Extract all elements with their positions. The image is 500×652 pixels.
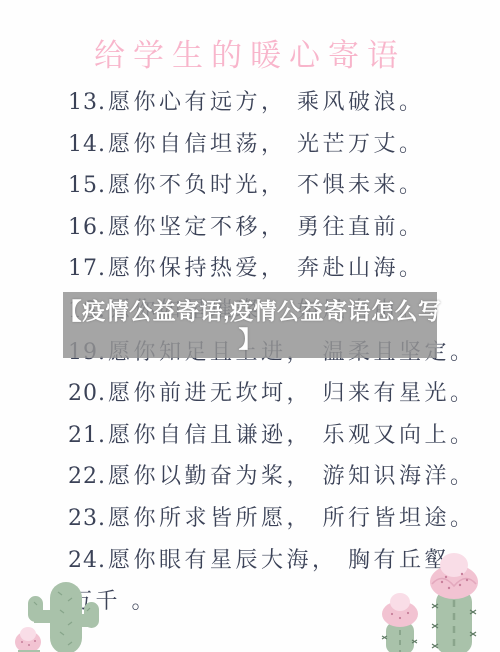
message-number: 17. <box>68 256 106 281</box>
overlay-caption-bracket: 】 <box>239 326 262 352</box>
message-text: 愿你自信坦荡， 光芒万丈。 <box>108 132 425 157</box>
message-text: 愿你所求皆所愿， 所行皆坦途。 <box>108 506 476 531</box>
message-number: 13. <box>68 90 106 115</box>
message-number: 20. <box>68 381 106 406</box>
message-number: 14. <box>68 132 106 157</box>
message-text: 愿你坚定不移， 勇往直前。 <box>108 215 425 240</box>
message-number: 16. <box>68 215 106 240</box>
message-line: 17.愿你保持热爱， 奔赴山海。 <box>68 248 490 290</box>
message-text: 愿你心有远方， 乘风破浪。 <box>108 90 425 115</box>
message-line: 20.愿你前进无坎坷， 归来有星光。 <box>68 373 490 415</box>
message-line: 13.愿你心有远方， 乘风破浪。 <box>68 82 490 124</box>
message-text: 愿你前进无坎坷， 归来有星光。 <box>108 381 476 406</box>
message-number: 23. <box>68 506 106 531</box>
message-line: 22.愿你以勤奋为桨， 游知识海洋。 <box>68 456 490 498</box>
overlay-caption-text: 【疫情公益寄语,疫情公益寄语怎么写 <box>59 298 442 324</box>
left-cactus-icon <box>14 580 126 652</box>
message-text: 愿你保持热爱， 奔赴山海。 <box>108 256 425 281</box>
poster-page: 给学生的暖心寄语 13.愿你心有远方， 乘风破浪。14.愿你自信坦荡， 光芒万丈… <box>0 0 500 652</box>
message-line: 15.愿你不负时光， 不惧未来。 <box>68 165 490 207</box>
message-text: 愿你自信且谦逊， 乐观又向上。 <box>108 423 476 448</box>
right-cacti-icon <box>374 552 492 652</box>
message-text: 愿你不负时光， 不惧未来。 <box>108 173 425 198</box>
page-title: 给学生的暖心寄语 <box>0 30 500 75</box>
message-number: 24. <box>68 548 106 573</box>
message-line: 23.愿你所求皆所愿， 所行皆坦途。 <box>68 498 490 540</box>
message-number: 21. <box>68 423 106 448</box>
message-line: 14.愿你自信坦荡， 光芒万丈。 <box>68 124 490 166</box>
message-text: 愿你以勤奋为桨， 游知识海洋。 <box>108 464 476 489</box>
caption-overlay: 【疫情公益寄语,疫情公益寄语怎么写 】 <box>63 292 437 358</box>
message-line: 21.愿你自信且谦逊， 乐观又向上。 <box>68 415 490 457</box>
message-number: 22. <box>68 464 106 489</box>
message-number: 15. <box>68 173 106 198</box>
message-line: 16.愿你坚定不移， 勇往直前。 <box>68 207 490 249</box>
